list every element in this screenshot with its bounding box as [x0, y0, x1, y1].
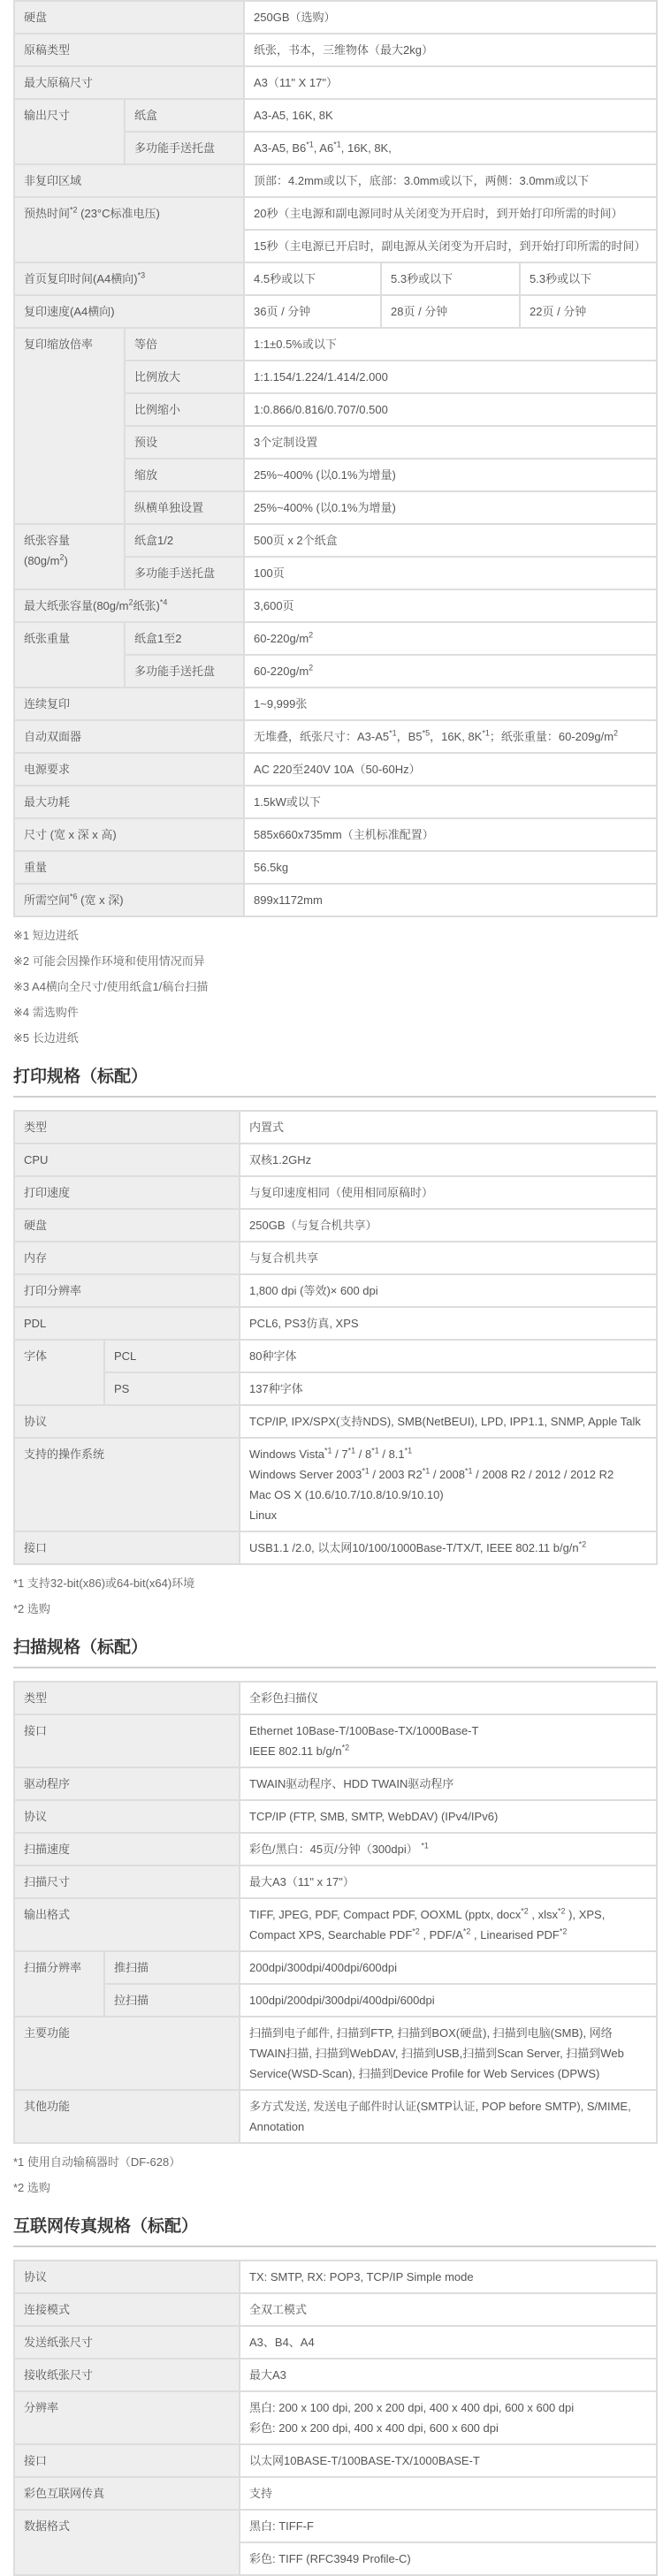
label-text: 纸张) — [133, 599, 159, 612]
sub-label: PS — [104, 1372, 240, 1405]
value-text: / 2003 R2 — [370, 1468, 423, 1481]
footnote-ref: *1 — [423, 1467, 431, 1476]
row-value: 15秒（主电源已开启时，副电源从关闭变为开启时，到开始打印所需的时间） — [244, 230, 657, 262]
row-label: 尺寸 (宽 x 深 x 高) — [14, 818, 244, 851]
row-value: 黑白: TIFF-F — [240, 2510, 657, 2542]
footnote-ref: *1 — [465, 1467, 473, 1476]
value-text: IEEE 802.11 b/g/n — [249, 1744, 342, 1758]
row-label: 打印分辨率 — [14, 1274, 240, 1307]
row-label: 扫描分辨率 — [14, 1951, 104, 2017]
row-value: 5.3秒或以下 — [520, 262, 657, 295]
row-value: 137种字体 — [240, 1372, 657, 1405]
footnote-ref: *2 — [342, 1744, 350, 1752]
value-text: Windows Server 2003 — [249, 1468, 362, 1481]
row-label: 自动双面器 — [14, 720, 244, 753]
label-text: 首页复印时间(A4横向) — [24, 272, 138, 285]
row-value: AC 220至240V 10A（50-60Hz） — [244, 753, 657, 786]
row-value: 全彩色扫描仪 — [240, 1682, 657, 1714]
row-value: 顶部：4.2mm或以下，底部：3.0mm或以下，两侧：3.0mm或以下 — [244, 164, 657, 197]
table-row: 类型 全彩色扫描仪 — [14, 1682, 657, 1714]
row-label: 接口 — [14, 1714, 240, 1767]
footnote-ref: *1 — [362, 1467, 370, 1476]
row-value: 1:1.154/1.224/1.414/2.000 — [244, 361, 657, 393]
row-value: 最大A3 — [240, 2359, 657, 2391]
value-text: ，16K, 8K — [430, 730, 482, 743]
table-row: 其他功能 多方式发送, 发送电子邮件时认证(SMTP认证, POP before… — [14, 2090, 657, 2143]
row-value: 彩色: TIFF (RFC3949 Profile-C) — [240, 2542, 657, 2575]
table-row: 电源要求 AC 220至240V 10A（50-60Hz） — [14, 753, 657, 786]
row-value: 1~9,999张 — [244, 688, 657, 720]
row-value: 100dpi/200dpi/300dpi/400dpi/600dpi — [240, 1984, 657, 2017]
copy-spec-notes: ※1 短边进纸 ※2 可能会因操作环境和使用情况而异 ※3 A4横向全尺寸/使用… — [13, 923, 656, 1051]
row-value: 22页 / 分钟 — [520, 295, 657, 328]
row-value: A3-A5, B6*1, A6*1, 16K, 8K, — [244, 132, 657, 164]
row-value: 1.5kW或以下 — [244, 786, 657, 818]
sub-label: 多功能手送托盘 — [125, 132, 244, 164]
row-value: 5.3秒或以下 — [381, 262, 520, 295]
row-value: 25%~400% (以0.1%为增量) — [244, 459, 657, 491]
table-row: 尺寸 (宽 x 深 x 高) 585x660x735mm（主机标准配置） — [14, 818, 657, 851]
value-text: / 7 — [332, 1448, 348, 1461]
row-label: 打印速度 — [14, 1176, 240, 1209]
row-label: 接口 — [14, 1531, 240, 1564]
row-value: TIFF, JPEG, PDF, Compact PDF, OOXML (ppt… — [240, 1898, 657, 1951]
superscript: 2 — [309, 631, 313, 640]
scan-spec-table: 类型 全彩色扫描仪 接口 Ethernet 10Base-T/100Base-T… — [13, 1681, 658, 2144]
table-row: 原稿类型 纸张，书本，三维物体（最大2kg） — [14, 34, 657, 66]
table-row: 接收纸张尺寸 最大A3 — [14, 2359, 657, 2391]
row-label: 复印速度(A4横向) — [14, 295, 244, 328]
print-spec-notes: *1 支持32-bit(x86)或64-bit(x64)环境 *2 选购 — [13, 1570, 656, 1622]
row-label: 彩色互联网传真 — [14, 2477, 240, 2510]
footnote: *1 使用自动输稿器时（DF-628） — [13, 2149, 656, 2175]
table-row: 支持的操作系统 Windows Vista*1 / 7*1 / 8*1 / 8.… — [14, 1438, 657, 1531]
row-label: 最大功耗 — [14, 786, 244, 818]
label-text: 所需空间 — [24, 893, 70, 907]
row-value: TCP/IP (FTP, SMB, SMTP, WebDAV) (IPv4/IP… — [240, 1800, 657, 1833]
table-row: 输出格式 TIFF, JPEG, PDF, Compact PDF, OOXML… — [14, 1898, 657, 1951]
value-text: , xlsx — [529, 1908, 558, 1921]
label-text: (23°C标准电压) — [78, 207, 160, 220]
value-text: 无堆叠，纸张尺寸：A3-A5 — [254, 730, 389, 743]
sub-label: 比例缩小 — [125, 393, 244, 426]
table-row: 纸张容量(80g/m2) 纸盒1/2 500页 x 2个纸盒 — [14, 524, 657, 557]
value-line: Ethernet 10Base-T/100Base-TX/1000Base-T — [249, 1721, 647, 1741]
table-row: CPU 双核1.2GHz — [14, 1144, 657, 1176]
footnote: ※2 可能会因操作环境和使用情况而异 — [13, 948, 656, 974]
table-row: 纸张重量 纸盒1至2 60-220g/m2 — [14, 622, 657, 655]
row-value: 黑白: 200 x 100 dpi, 200 x 200 dpi, 400 x … — [240, 2391, 657, 2444]
row-label: 其他功能 — [14, 2090, 240, 2143]
row-value: A3（11" X 17"） — [244, 66, 657, 99]
table-row: 内存 与复合机共享 — [14, 1242, 657, 1274]
table-row: 最大功耗 1.5kW或以下 — [14, 786, 657, 818]
footnote-ref: *3 — [138, 271, 146, 280]
row-value: 60-220g/m2 — [244, 655, 657, 688]
label-text: 最大纸张容量(80g/m — [24, 599, 128, 612]
table-row: 接口 以太网10BASE-T/100BASE-TX/1000BASE-T — [14, 2444, 657, 2477]
row-value: USB1.1 /2.0, 以太网10/100/1000Base-T/TX/T, … — [240, 1531, 657, 1564]
sub-label: 多功能手送托盘 — [125, 557, 244, 589]
row-label: 最大纸张容量(80g/m2纸张)*4 — [14, 589, 244, 622]
footnote-ref: *1 — [306, 141, 314, 149]
sub-label: 纸盒 — [125, 99, 244, 132]
footnote-ref: *1 — [421, 1842, 429, 1850]
value-text: , PDF/A — [420, 1928, 463, 1941]
footnote: *1 支持32-bit(x86)或64-bit(x64)环境 — [13, 1570, 656, 1596]
row-value: 899x1172mm — [244, 884, 657, 916]
table-row: 协议 TX: SMTP, RX: POP3, TCP/IP Simple mod… — [14, 2261, 657, 2293]
sub-label: 纵横单独设置 — [125, 491, 244, 524]
row-value: 1,800 dpi (等效)× 600 dpi — [240, 1274, 657, 1307]
row-label: 纸张容量(80g/m2) — [14, 524, 125, 589]
os-line: Mac OS X (10.6/10.7/10.8/10.9/10.10) — [249, 1485, 647, 1505]
table-row: 打印速度 与复印速度相同（使用相同原稿时） — [14, 1176, 657, 1209]
row-label: 发送纸张尺寸 — [14, 2326, 240, 2359]
row-value: 56.5kg — [244, 851, 657, 884]
table-row: 连接模式 全双工模式 — [14, 2293, 657, 2326]
sub-label: 多功能手送托盘 — [125, 655, 244, 688]
footnote-ref: *4 — [160, 598, 168, 607]
table-row: 字体 PCL 80种字体 — [14, 1340, 657, 1372]
footnote-ref: *5 — [423, 729, 431, 738]
copy-spec-table: 硬盘 250GB（选购） 原稿类型 纸张，书本，三维物体（最大2kg） 最大原稿… — [13, 0, 658, 917]
row-label: 连接模式 — [14, 2293, 240, 2326]
row-value: A3、B4、A4 — [240, 2326, 657, 2359]
table-row: 打印分辨率 1,800 dpi (等效)× 600 dpi — [14, 1274, 657, 1307]
footnote-ref: *2 — [558, 1907, 566, 1916]
row-label: 字体 — [14, 1340, 104, 1405]
footnote-ref: *2 — [70, 206, 78, 215]
table-row: 拉扫描 100dpi/200dpi/300dpi/400dpi/600dpi — [14, 1984, 657, 2017]
table-row: 硬盘 250GB（选购） — [14, 1, 657, 34]
os-line: Linux — [249, 1505, 647, 1525]
row-label: 协议 — [14, 1405, 240, 1438]
label-text: 预热时间 — [24, 207, 70, 220]
superscript: 2 — [309, 664, 313, 672]
row-label: 接口 — [14, 2444, 240, 2477]
label-text: (宽 x 深) — [78, 893, 124, 907]
row-label: 硬盘 — [14, 1, 244, 34]
row-label: 首页复印时间(A4横向)*3 — [14, 262, 244, 295]
row-value: 纸张，书本，三维物体（最大2kg） — [244, 34, 657, 66]
row-value: 1:1±0.5%或以下 — [244, 328, 657, 361]
section-title-print: 打印规格（标配） — [13, 1063, 656, 1098]
os-line: Windows Server 2003*1 / 2003 R2*1 / 2008… — [249, 1464, 647, 1485]
table-row: 类型 内置式 — [14, 1111, 657, 1144]
row-label: 扫描速度 — [14, 1833, 240, 1866]
row-value: 与复合机共享 — [240, 1242, 657, 1274]
row-label: 连续复印 — [14, 688, 244, 720]
footnote: ※3 A4横向全尺寸/使用纸盒1/稿台扫描 — [13, 974, 656, 999]
value-line: IEEE 802.11 b/g/n*2 — [249, 1741, 647, 1761]
row-label: 预热时间*2 (23°C标准电压) — [14, 197, 244, 262]
value-text: A3-A5, B6 — [254, 141, 306, 155]
table-row: 硬盘 250GB（与复合机共享） — [14, 1209, 657, 1242]
table-row: 复印速度(A4横向) 36页 / 分钟 28页 / 分钟 22页 / 分钟 — [14, 295, 657, 328]
row-value: 与复印速度相同（使用相同原稿时） — [240, 1176, 657, 1209]
footnote-ref: *2 — [560, 1927, 568, 1936]
value-text: / 8 — [355, 1448, 371, 1461]
row-label: CPU — [14, 1144, 240, 1176]
row-value: TWAIN驱动程序、HDD TWAIN驱动程序 — [240, 1767, 657, 1800]
row-value: 最大A3（11" x 17"） — [240, 1866, 657, 1898]
sub-label: 纸盒1至2 — [125, 622, 244, 655]
row-value: 4.5秒或以下 — [244, 262, 381, 295]
footnote-ref: *1 — [389, 729, 397, 738]
table-row: 驱动程序 TWAIN驱动程序、HDD TWAIN驱动程序 — [14, 1767, 657, 1800]
label-text: 纸张容量 — [24, 534, 70, 547]
section-title-scan: 扫描规格（标配） — [13, 1634, 656, 1668]
spec-page: 硬盘 250GB（选购） 原稿类型 纸张，书本，三维物体（最大2kg） 最大原稿… — [0, 0, 663, 2576]
row-value: 支持 — [240, 2477, 657, 2510]
sub-label: 拉扫描 — [104, 1984, 240, 2017]
value-text: USB1.1 /2.0, 以太网10/100/1000Base-T/TX/T, … — [249, 1541, 579, 1554]
row-value: Windows Vista*1 / 7*1 / 8*1 / 8.1*1 Wind… — [240, 1438, 657, 1531]
section-title-fax: 互联网传真规格（标配） — [13, 2213, 656, 2247]
label-text: (80g/m — [24, 554, 59, 567]
table-row: 彩色互联网传真 支持 — [14, 2477, 657, 2510]
table-row: 非复印区域 顶部：4.2mm或以下，底部：3.0mm或以下，两侧：3.0mm或以… — [14, 164, 657, 197]
value-text: Windows Vista — [249, 1448, 324, 1461]
table-row: 扫描尺寸 最大A3（11" x 17"） — [14, 1866, 657, 1898]
footnote-ref: *2 — [412, 1927, 420, 1936]
value-line: 黑白: 200 x 100 dpi, 200 x 200 dpi, 400 x … — [249, 2397, 647, 2418]
row-value: 500页 x 2个纸盒 — [244, 524, 657, 557]
row-label: 硬盘 — [14, 1209, 240, 1242]
table-row: 协议 TCP/IP, IPX/SPX(支持NDS), SMB(NetBEUI),… — [14, 1405, 657, 1438]
table-row: 最大纸张容量(80g/m2纸张)*4 3,600页 — [14, 589, 657, 622]
print-spec-table: 类型 内置式 CPU 双核1.2GHz 打印速度 与复印速度相同（使用相同原稿时… — [13, 1110, 658, 1565]
table-row: 发送纸张尺寸 A3、B4、A4 — [14, 2326, 657, 2359]
row-label: 驱动程序 — [14, 1767, 240, 1800]
row-label: 接收纸张尺寸 — [14, 2359, 240, 2391]
footnote-ref: *1 — [348, 1447, 356, 1455]
value-text: 60-220g/m — [254, 632, 309, 645]
row-label: PDL — [14, 1307, 240, 1340]
table-row: 接口 USB1.1 /2.0, 以太网10/100/1000Base-T/TX/… — [14, 1531, 657, 1564]
row-label: 扫描尺寸 — [14, 1866, 240, 1898]
footnote-ref: *1 — [482, 729, 490, 738]
row-label: 支持的操作系统 — [14, 1438, 240, 1531]
footnote-ref: *1 — [324, 1447, 332, 1455]
row-value: 585x660x735mm（主机标准配置） — [244, 818, 657, 851]
row-label: 数据格式 — [14, 2510, 240, 2575]
row-label: 所需空间*6 (宽 x 深) — [14, 884, 244, 916]
value-text: TIFF, JPEG, PDF, Compact PDF, OOXML (ppt… — [249, 1908, 521, 1921]
footnote: *2 选购 — [13, 1596, 656, 1622]
table-row: PDL PCL6, PS3仿真, XPS — [14, 1307, 657, 1340]
os-line: Windows Vista*1 / 7*1 / 8*1 / 8.1*1 — [249, 1444, 647, 1464]
row-value: 双核1.2GHz — [240, 1144, 657, 1176]
table-row: 协议 TCP/IP (FTP, SMB, SMTP, WebDAV) (IPv4… — [14, 1800, 657, 1833]
row-value: 250GB（选购） — [244, 1, 657, 34]
row-label: 协议 — [14, 1800, 240, 1833]
row-label: 纸张重量 — [14, 622, 125, 688]
row-label: 输出格式 — [14, 1898, 240, 1951]
sub-label: 预设 — [125, 426, 244, 459]
row-value: 3个定制设置 — [244, 426, 657, 459]
table-row: 预热时间*2 (23°C标准电压) 20秒（主电源和副电源同时从关闭变为开启时，… — [14, 197, 657, 230]
fax-spec-table: 协议 TX: SMTP, RX: POP3, TCP/IP Simple mod… — [13, 2260, 658, 2576]
footnote: *2 选购 — [13, 2175, 656, 2200]
row-label: 协议 — [14, 2261, 240, 2293]
row-label: 最大原稿尺寸 — [14, 66, 244, 99]
value-text: / 2008 R2 / 2012 / 2012 R2 — [473, 1468, 614, 1481]
value-text: 彩色/黑白：45页/分钟（300dpi） — [249, 1843, 418, 1856]
value-text: , 16K, 8K, — [341, 141, 392, 155]
footnote: ※5 长边进纸 — [13, 1025, 656, 1051]
footnote: ※1 短边进纸 — [13, 923, 656, 948]
label-text: ) — [64, 554, 67, 567]
value-text: , A6 — [314, 141, 333, 155]
row-value: PCL6, PS3仿真, XPS — [240, 1307, 657, 1340]
row-label: 主要功能 — [14, 2017, 240, 2090]
row-value: 彩色/黑白：45页/分钟（300dpi） *1 — [240, 1833, 657, 1866]
footnote-ref: *1 — [371, 1447, 379, 1455]
table-row: 主要功能 扫描到电子邮件, 扫描到FTP, 扫描到BOX(硬盘), 扫描到电脑(… — [14, 2017, 657, 2090]
row-value: 内置式 — [240, 1111, 657, 1144]
row-label: 复印缩放倍率 — [14, 328, 125, 524]
table-row: 自动双面器 无堆叠，纸张尺寸：A3-A5*1，B5*5，16K, 8K*1；纸张… — [14, 720, 657, 753]
row-value: 无堆叠，纸张尺寸：A3-A5*1，B5*5，16K, 8K*1；纸张重量：60-… — [244, 720, 657, 753]
row-value: 250GB（与复合机共享） — [240, 1209, 657, 1242]
sub-label: PCL — [104, 1340, 240, 1372]
row-value: 以太网10BASE-T/100BASE-TX/1000BASE-T — [240, 2444, 657, 2477]
row-value: TX: SMTP, RX: POP3, TCP/IP Simple mode — [240, 2261, 657, 2293]
row-value: 36页 / 分钟 — [244, 295, 381, 328]
value-text: , Linearised PDF — [470, 1928, 559, 1941]
footnote-ref: *1 — [333, 141, 341, 149]
row-value: 1:0.866/0.816/0.707/0.500 — [244, 393, 657, 426]
table-row: 分辨率 黑白: 200 x 100 dpi, 200 x 200 dpi, 40… — [14, 2391, 657, 2444]
row-label: 重量 — [14, 851, 244, 884]
row-value: Ethernet 10Base-T/100Base-TX/1000Base-T … — [240, 1714, 657, 1767]
table-row: 连续复印 1~9,999张 — [14, 688, 657, 720]
row-label: 类型 — [14, 1111, 240, 1144]
value-text: / 8.1 — [379, 1448, 405, 1461]
row-value: 200dpi/300dpi/400dpi/600dpi — [240, 1951, 657, 1984]
row-value: 扫描到电子邮件, 扫描到FTP, 扫描到BOX(硬盘), 扫描到电脑(SMB),… — [240, 2017, 657, 2090]
row-value: 全双工模式 — [240, 2293, 657, 2326]
row-label: 电源要求 — [14, 753, 244, 786]
row-value: 25%~400% (以0.1%为增量) — [244, 491, 657, 524]
row-value: A3-A5, 16K, 8K — [244, 99, 657, 132]
sub-label: 缩放 — [125, 459, 244, 491]
row-value: 28页 / 分钟 — [381, 295, 520, 328]
table-row: 重量 56.5kg — [14, 851, 657, 884]
footnote-ref: *2 — [521, 1907, 529, 1916]
row-label: 类型 — [14, 1682, 240, 1714]
table-row: 接口 Ethernet 10Base-T/100Base-TX/1000Base… — [14, 1714, 657, 1767]
value-text: / 2008 — [430, 1468, 465, 1481]
row-label: 内存 — [14, 1242, 240, 1274]
value-text: 60-220g/m — [254, 665, 309, 678]
value-line: 彩色: 200 x 200 dpi, 400 x 400 dpi, 600 x … — [249, 2418, 647, 2438]
row-value: 80种字体 — [240, 1340, 657, 1372]
table-row: 数据格式 黑白: TIFF-F — [14, 2510, 657, 2542]
row-label: 分辨率 — [14, 2391, 240, 2444]
row-label: 输出尺寸 — [14, 99, 125, 164]
table-row: 扫描分辨率 推扫描 200dpi/300dpi/400dpi/600dpi — [14, 1951, 657, 1984]
scan-spec-notes: *1 使用自动输稿器时（DF-628） *2 选购 — [13, 2149, 656, 2200]
superscript: 2 — [613, 729, 618, 738]
footnote-ref: *2 — [579, 1540, 587, 1549]
table-row: 复印缩放倍率 等倍 1:1±0.5%或以下 — [14, 328, 657, 361]
sub-label: 比例放大 — [125, 361, 244, 393]
row-value: 100页 — [244, 557, 657, 589]
row-value: 60-220g/m2 — [244, 622, 657, 655]
sub-label: 纸盒1/2 — [125, 524, 244, 557]
table-row: 扫描速度 彩色/黑白：45页/分钟（300dpi） *1 — [14, 1833, 657, 1866]
row-label: 原稿类型 — [14, 34, 244, 66]
row-value: 多方式发送, 发送电子邮件时认证(SMTP认证, POP before SMTP… — [240, 2090, 657, 2143]
table-row: 所需空间*6 (宽 x 深) 899x1172mm — [14, 884, 657, 916]
row-value: TCP/IP, IPX/SPX(支持NDS), SMB(NetBEUI), LP… — [240, 1405, 657, 1438]
value-text: ，B5 — [397, 730, 423, 743]
table-row: 首页复印时间(A4横向)*3 4.5秒或以下 5.3秒或以下 5.3秒或以下 — [14, 262, 657, 295]
footnote: ※4 需选购件 — [13, 999, 656, 1025]
table-row: 最大原稿尺寸 A3（11" X 17"） — [14, 66, 657, 99]
footnote-ref: *1 — [405, 1447, 413, 1455]
table-row: PS 137种字体 — [14, 1372, 657, 1405]
footnote-ref: *6 — [70, 893, 78, 901]
row-label: 非复印区域 — [14, 164, 244, 197]
row-value: 20秒（主电源和副电源同时从关闭变为开启时，到开始打印所需的时间） — [244, 197, 657, 230]
table-row: 输出尺寸 纸盒 A3-A5, 16K, 8K — [14, 99, 657, 132]
row-value: 3,600页 — [244, 589, 657, 622]
value-text: ；纸张重量：60-209g/m — [490, 730, 613, 743]
sub-label: 等倍 — [125, 328, 244, 361]
sub-label: 推扫描 — [104, 1951, 240, 1984]
